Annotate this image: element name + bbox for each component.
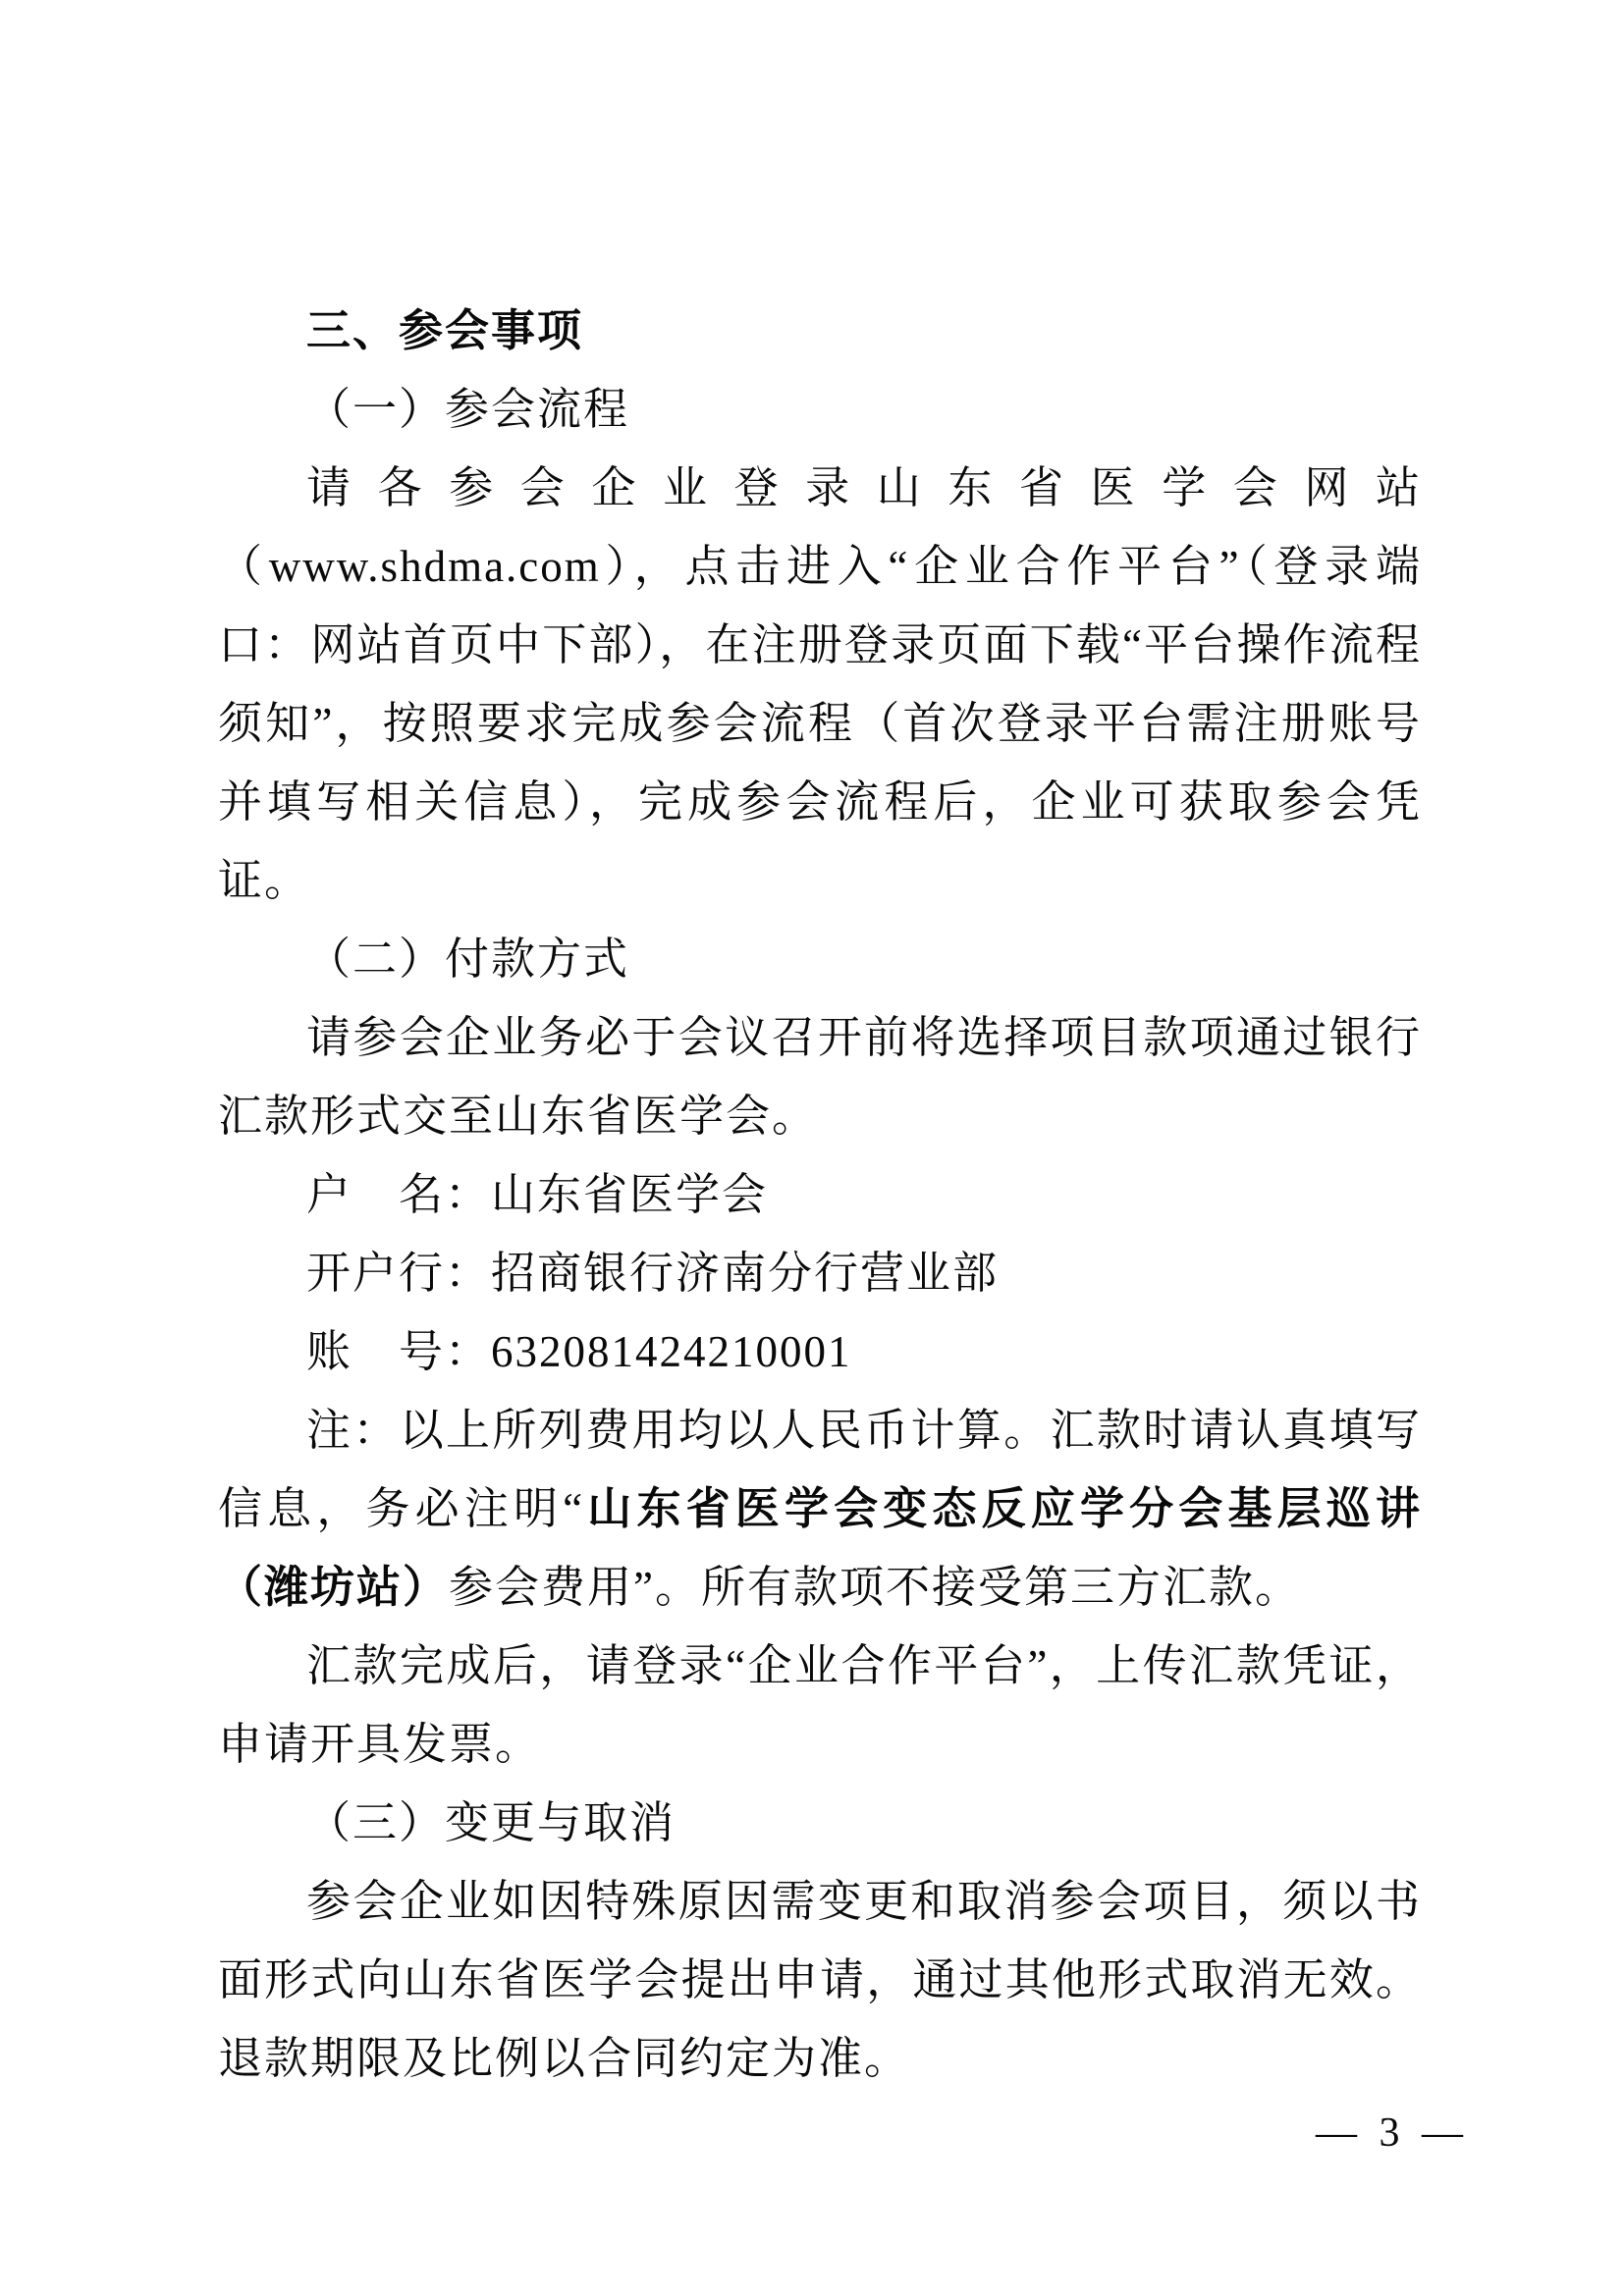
bank-account-name-line: 户 名：山东省医学会 xyxy=(218,1155,1422,1234)
paragraph-remittance-note: 注：以上所列费用均以人民币计算。汇款时请认真填写信息，务必注明“山东省医学会变态… xyxy=(218,1391,1422,1627)
note-suffix: 参会费用”。所有款项不接受第三方汇款。 xyxy=(449,1563,1301,1612)
paragraph-payment: 请参会企业务必于会议召开前将选择项目款项通过银行汇款形式交至山东省医学会。 xyxy=(218,998,1422,1155)
document-page: 三、参会事项 （一）参会流程 请各参会企业登录山东省医学会网站（www.shdm… xyxy=(0,0,1624,2296)
subsection-heading-flow: （一）参会流程 xyxy=(218,370,1422,449)
paragraph-join-flow: 请各参会企业登录山东省医学会网站（www.shdma.com），点击进入“企业合… xyxy=(218,449,1422,920)
paragraph-invoice: 汇款完成后，请登录“企业合作平台”，上传汇款凭证，申请开具发票。 xyxy=(218,1627,1422,1784)
paragraph-cancel: 参会企业如因特殊原因需变更和取消参会项目，须以书面形式向山东省医学会提出申请，通… xyxy=(218,1862,1422,2098)
subsection-heading-payment: （二）付款方式 xyxy=(218,920,1422,998)
bank-account-number-line: 账 号：632081424210001 xyxy=(218,1312,1422,1391)
document-body: 三、参会事项 （一）参会流程 请各参会企业登录山东省医学会网站（www.shdm… xyxy=(218,292,1422,2098)
bank-branch-line: 开户行：招商银行济南分行营业部 xyxy=(218,1234,1422,1312)
page-number: — 3 — xyxy=(1316,2109,1469,2158)
subsection-heading-cancel: （三）变更与取消 xyxy=(218,1784,1422,1862)
section-heading: 三、参会事项 xyxy=(218,292,1422,370)
